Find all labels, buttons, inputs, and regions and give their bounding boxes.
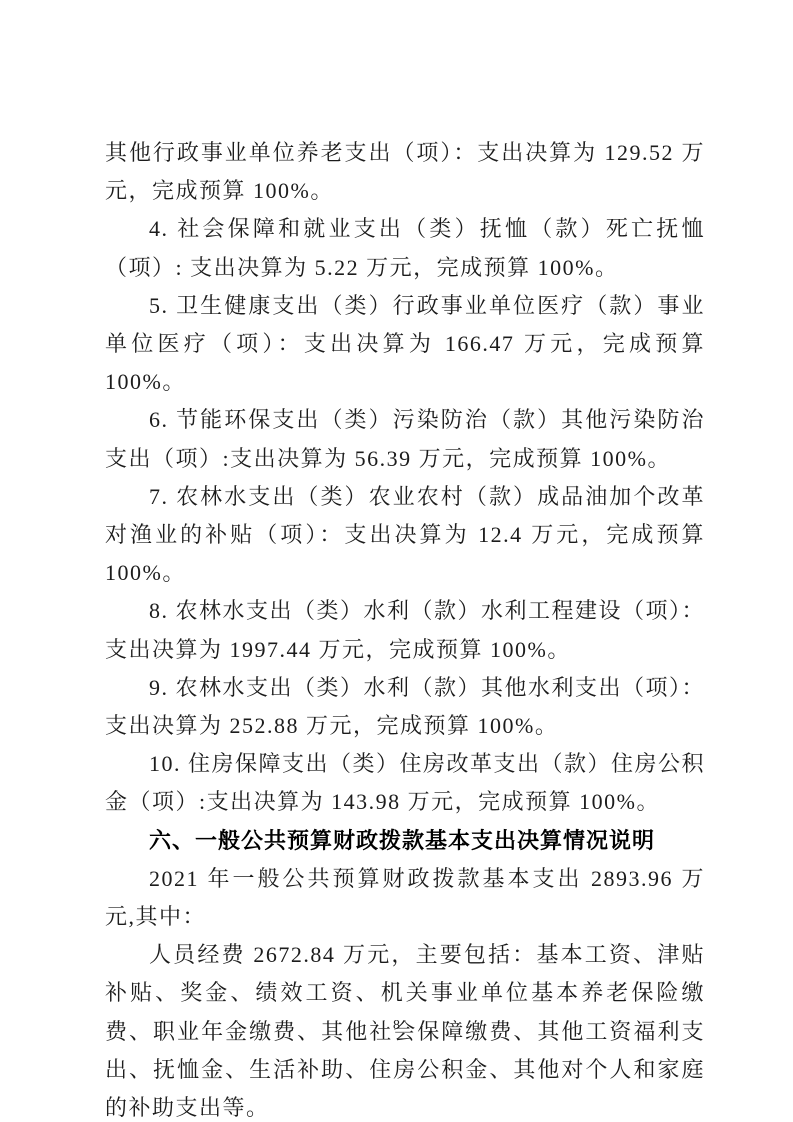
page-footer: 8 <box>0 1018 793 1034</box>
section-heading-basic-expenditure: 六、一般公共预算财政拨款基本支出决算情况说明 <box>105 822 705 860</box>
paragraph-expenditure-item-7: 7. 农林水支出（类）农业农村（款）成品油加个改革对渔业的补贴（项）：支出决算为… <box>105 478 705 593</box>
paragraph-expenditure-item-10: 10. 住房保障支出（类）住房改革支出（款）住房公积金（项）:支出决算为 143… <box>105 745 705 821</box>
paragraph-expenditure-item-6: 6. 节能环保支出（类）污染防治（款）其他污染防治支出（项）:支出决算为 56.… <box>105 401 705 477</box>
document-page: 其他行政事业单位养老支出（项）：支出决算为 129.52 万元，完成预算 100… <box>0 0 793 1122</box>
paragraph-expenditure-item-9: 9. 农林水支出（类）水利（款）其他水利支出（项）：支出决算为 252.88 万… <box>105 669 705 745</box>
paragraph-basic-expenditure-total: 2021 年一般公共预算财政拨款基本支出 2893.96 万元,其中： <box>105 860 705 936</box>
paragraph-expenditure-item-4: 4. 社会保障和就业支出（类）抚恤（款）死亡抚恤（项）: 支出决算为 5.22 … <box>105 210 705 286</box>
page-content: 其他行政事业单位养老支出（项）：支出决算为 129.52 万元，完成预算 100… <box>105 134 705 1122</box>
paragraph-expenditure-item-5: 5. 卫生健康支出（类）行政事业单位医疗（款）事业单位医疗（项）：支出决算为 1… <box>105 287 705 402</box>
page-number: 8 <box>393 1018 400 1033</box>
paragraph-expenditure-item-3-continued: 其他行政事业单位养老支出（项）：支出决算为 129.52 万元，完成预算 100… <box>105 134 705 210</box>
paragraph-expenditure-item-8: 8. 农林水支出（类）水利（款）水利工程建设（项）：支出决算为 1997.44 … <box>105 592 705 668</box>
